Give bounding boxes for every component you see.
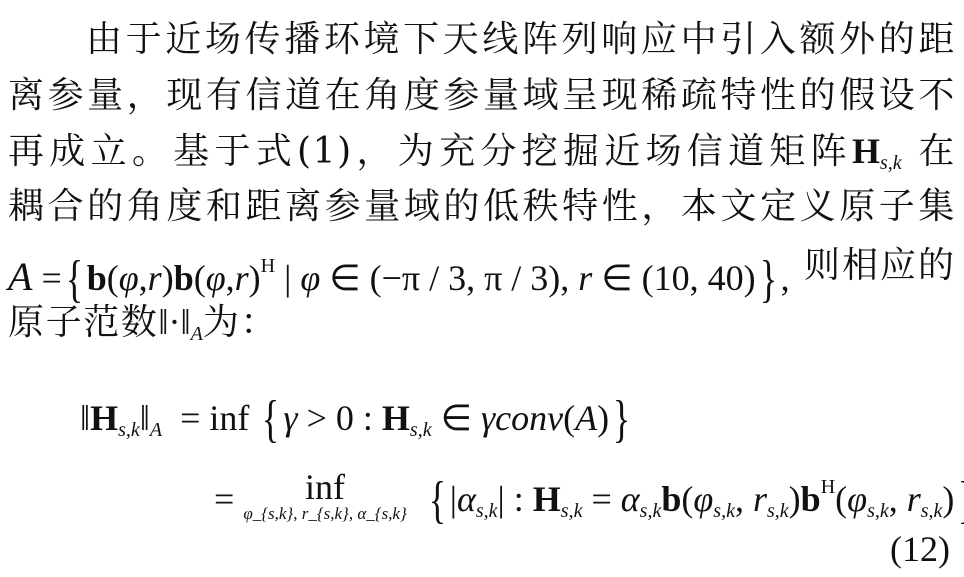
paragraph-line-3: 再成立。基于式(1)，为充分挖掘近场信道矩阵Hs,k 在	[8, 131, 956, 183]
matrix-h-subscript: s,k	[880, 152, 902, 174]
equation-line-2: = infφ_{s,k}, r_{s,k}, α_{s,k} {|αs,k| :…	[214, 465, 964, 533]
equation-line-1: ‖Hs,k‖A = inf {γ > 0 : Hs,k ∈ γconv(A)}	[80, 396, 634, 452]
infimum-subscript: φ_{s,k}, r_{s,k}, α_{s,k}	[243, 505, 406, 523]
atomic-norm-label: 原子范数	[8, 302, 158, 343]
atom-set-definition: A ={b(φ,r)b(φ,r)H | φ ∈ (−π / 3, π / 3),…	[8, 246, 956, 300]
paragraph-line-1: 由于近场传播环境下天线阵列响应中引入额外的距	[86, 20, 956, 60]
paragraph-line-2: 离参量，现有信道在角度参量域呈现稀疏特性的假设不	[8, 76, 956, 116]
atomic-norm-tail: 为：	[203, 302, 278, 343]
matrix-h-symbol: H	[852, 131, 880, 171]
paragraph-line-3-tail: 在	[918, 131, 956, 172]
paragraph-line-4: 耦合的角度和距离参量域的低秩特性，本文定义原子集	[8, 187, 956, 227]
infimum-operator: infφ_{s,k}, r_{s,k}, α_{s,k}	[243, 465, 406, 523]
paragraph-line-5: 则相应的	[804, 246, 956, 286]
paragraph-line-6: 原子范数‖·‖A为：	[8, 302, 956, 354]
equation-number: (12)	[890, 528, 950, 570]
paragraph-line-3-text: 再成立。基于式(1)，为充分挖掘近场信道矩阵	[8, 131, 852, 172]
